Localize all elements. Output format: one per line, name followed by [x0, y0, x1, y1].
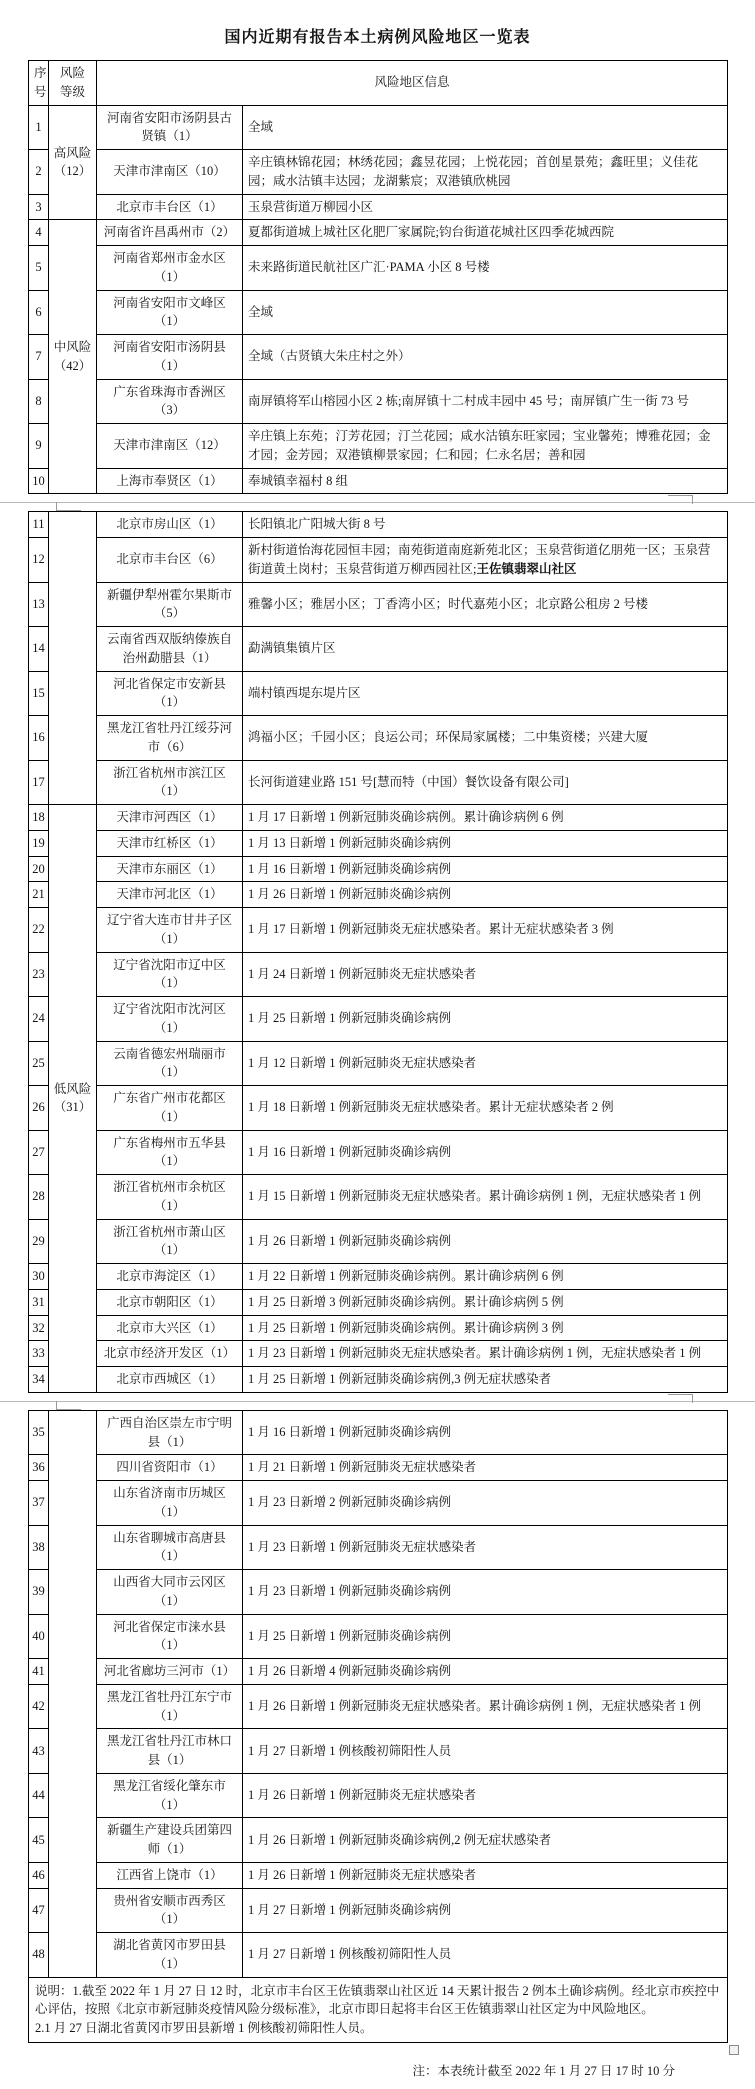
risk-table-root: 序号风险等级风险地区信息1高风险（12）河南省安阳市汤阴县古贤镇（1）全域2天津…: [28, 60, 727, 2043]
region-cell: 山西省大同市云冈区（1）: [97, 1570, 243, 1615]
row-number-cell: 38: [29, 1525, 49, 1570]
table-row: 41河北省廊坊三河市（1）1 月 26 日新增 4 例新冠肺炎确诊病例: [29, 1659, 728, 1685]
info-text: 全域（古贤镇大朱庄村之外）: [248, 349, 411, 363]
info-text: 南屏镇将军山榕园小区 2 栋;南屏镇十二村成丰园中 45 号；南屏镇广生一街 7…: [248, 394, 689, 408]
table-row: 45新疆生产建设兵团第四师（1）1 月 26 日新增 1 例新冠肺炎确诊病例,2…: [29, 1818, 728, 1863]
page-break: [0, 494, 755, 511]
info-cell: 1 月 26 日新增 1 例新冠肺炎无症状感染者: [243, 1773, 728, 1818]
region-cell: 北京市丰台区（1）: [97, 194, 243, 220]
info-cell: 1 月 26 日新增 4 例新冠肺炎确诊病例: [243, 1659, 728, 1685]
info-cell: 1 月 27 日新增 1 例核酸初筛阳性人员: [243, 1933, 728, 1978]
info-cell: 1 月 26 日新增 1 例新冠肺炎无症状感染者: [243, 1862, 728, 1888]
info-cell: 1 月 13 日新增 1 例新冠肺炎确诊病例: [243, 830, 728, 856]
info-cell: 长阳镇北广阳城大街 8 号: [243, 512, 728, 538]
region-cell: 河南省郑州市金水区（1）: [97, 246, 243, 291]
region-cell: 河南省安阳市文峰区（1）: [97, 290, 243, 335]
info-cell: 1 月 25 日新增 1 例新冠肺炎确诊病例,3 例无症状感染者: [243, 1367, 728, 1393]
info-cell: 长河街道建业路 151 号[慧而特（中国）餐饮设备有限公司]: [243, 760, 728, 805]
info-text: 1 月 25 日新增 3 例新冠肺炎确诊病例。累计确诊病例 5 例: [248, 1295, 564, 1309]
footnote-line: 2.1 月 27 日湖北省黄冈市罗田县新增 1 例核酸初筛阳性人员。: [35, 2019, 721, 2038]
row-number-cell: 2: [29, 150, 49, 195]
region-cell: 天津市津南区（10）: [97, 150, 243, 195]
region-cell: 河南省许昌禹州市（2）: [97, 220, 243, 246]
info-text: 1 月 24 日新增 1 例新冠肺炎无症状感染者: [248, 967, 476, 981]
info-text: 端村镇西堤东堤片区: [248, 686, 361, 700]
info-text: 1 月 25 日新增 1 例新冠肺炎确诊病例: [248, 1629, 451, 1643]
row-number-cell: 43: [29, 1729, 49, 1774]
risk-level-cell: 高风险（12）: [49, 105, 97, 220]
region-cell: 贵州省安顺市西秀区（1）: [97, 1888, 243, 1933]
info-cell: 未来路街道民航社区广汇·PAMA 小区 8 号楼: [243, 246, 728, 291]
info-text: 夏都街道城上城社区化肥厂家属院;钧台街道花城社区四季花城西院: [248, 225, 614, 239]
risk-level-label: 高风险: [50, 144, 95, 163]
region-cell: 新疆生产建设兵团第四师（1）: [97, 1818, 243, 1863]
row-number-cell: 42: [29, 1684, 49, 1729]
region-cell: 云南省德宏州瑞丽市（1）: [97, 1041, 243, 1086]
row-number-cell: 26: [29, 1086, 49, 1131]
table-row: 22辽宁省大连市甘井子区（1）1 月 17 日新增 1 例新冠肺炎无症状感染者。…: [29, 908, 728, 953]
risk-table-segment: 11北京市房山区（1）长阳镇北广阳城大街 8 号12北京市丰台区（6）新村街道怡…: [28, 511, 728, 1393]
info-cell: 1 月 25 日新增 1 例新冠肺炎确诊病例: [243, 1614, 728, 1659]
info-text: 1 月 27 日新增 1 例核酸初筛阳性人员: [248, 1947, 451, 1961]
row-number-cell: 48: [29, 1933, 49, 1978]
row-number-cell: 8: [29, 379, 49, 424]
row-number-cell: 22: [29, 908, 49, 953]
region-cell: 天津市津南区（12）: [97, 424, 243, 469]
table-row: 3北京市丰台区（1）玉泉营街道万柳园小区: [29, 194, 728, 220]
row-number-cell: 35: [29, 1410, 49, 1455]
info-text: 1 月 25 日新增 1 例新冠肺炎确诊病例: [248, 1011, 451, 1025]
region-cell: 河北省保定市涞水县（1）: [97, 1614, 243, 1659]
info-text: 辛庄镇上东苑；汀芳花园；汀兰花园；咸水沽镇东旺家园；宝业馨苑；博雅花园；金才园；…: [248, 429, 711, 462]
row-number-cell: 32: [29, 1315, 49, 1341]
info-cell: 夏都街道城上城社区化肥厂家属院;钧台街道花城社区四季花城西院: [243, 220, 728, 246]
info-cell: 雅馨小区；雅居小区；丁香湾小区；时代嘉苑小区；北京路公租房 2 号楼: [243, 582, 728, 627]
risk-level-cell: 中风险（42）: [49, 220, 97, 494]
table-row: 6河南省安阳市文峰区（1）全域: [29, 290, 728, 335]
region-cell: 云南省西双版纳傣族自治州勐腊县（1）: [97, 627, 243, 672]
row-number-cell: 3: [29, 194, 49, 220]
row-number-cell: 7: [29, 335, 49, 380]
region-cell: 广西自治区崇左市宁明县（1）: [97, 1410, 243, 1455]
table-row: 46江西省上饶市（1）1 月 26 日新增 1 例新冠肺炎无症状感染者: [29, 1862, 728, 1888]
row-number-cell: 6: [29, 290, 49, 335]
info-cell: 1 月 26 日新增 1 例新冠肺炎确诊病例,2 例无症状感染者: [243, 1818, 728, 1863]
info-text: 1 月 26 日新增 1 例新冠肺炎无症状感染者: [248, 1868, 476, 1882]
risk-level-label: 低风险: [50, 1080, 95, 1099]
info-text: 全域: [248, 305, 273, 319]
row-number-cell: 12: [29, 538, 49, 583]
info-cell: 1 月 27 日新增 1 例核酸初筛阳性人员: [243, 1729, 728, 1774]
row-number-cell: 23: [29, 952, 49, 997]
info-cell: 端村镇西堤东堤片区: [243, 671, 728, 716]
info-text: 1 月 26 日新增 1 例新冠肺炎无症状感染者: [248, 1788, 476, 1802]
risk-table-segment: 35广西自治区崇左市宁明县（1）1 月 16 日新增 1 例新冠肺炎确诊病例36…: [28, 1410, 728, 2043]
row-number-cell: 28: [29, 1175, 49, 1220]
info-text: 1 月 26 日新增 1 例新冠肺炎确诊病例,2 例无症状感染者: [248, 1833, 551, 1847]
row-number-cell: 25: [29, 1041, 49, 1086]
info-text: 1 月 27 日新增 1 例核酸初筛阳性人员: [248, 1744, 451, 1758]
region-cell: 新疆伊犁州霍尔果斯市（5）: [97, 582, 243, 627]
region-cell: 黑龙江省牡丹江绥芬河市（6）: [97, 716, 243, 761]
info-text: 1 月 16 日新增 1 例新冠肺炎确诊病例: [248, 1145, 451, 1159]
info-text: 1 月 27 日新增 1 例新冠肺炎确诊病例: [248, 1903, 451, 1917]
info-text: 1 月 25 日新增 1 例新冠肺炎确诊病例。累计确诊病例 3 例: [248, 1321, 564, 1335]
table-row: 11北京市房山区（1）长阳镇北广阳城大街 8 号: [29, 512, 728, 538]
region-cell: 河北省保定市安新县（1）: [97, 671, 243, 716]
row-number-cell: 34: [29, 1367, 49, 1393]
row-number-cell: 29: [29, 1219, 49, 1264]
info-text: 1 月 26 日新增 1 例新冠肺炎确诊病例: [248, 887, 451, 901]
table-row: 34北京市西城区（1）1 月 25 日新增 1 例新冠肺炎确诊病例,3 例无症状…: [29, 1367, 728, 1393]
risk-level-cell: [49, 512, 97, 805]
table-row: 47贵州省安顺市西秀区（1）1 月 27 日新增 1 例新冠肺炎确诊病例: [29, 1888, 728, 1933]
info-cell: 1 月 12 日新增 1 例新冠肺炎无症状感染者: [243, 1041, 728, 1086]
region-cell: 天津市红桥区（1）: [97, 830, 243, 856]
region-cell: 山东省济南市历城区（1）: [97, 1481, 243, 1526]
table-row: 10上海市奉贤区（1）奉城镇幸福村 8 组: [29, 468, 728, 494]
region-cell: 河南省安阳市汤阴县古贤镇（1）: [97, 105, 243, 150]
row-number-cell: 16: [29, 716, 49, 761]
table-row: 38山东省聊城市高唐县（1）1 月 23 日新增 1 例新冠肺炎无症状感染者: [29, 1525, 728, 1570]
info-text: 1 月 22 日新增 1 例新冠肺炎确诊病例。累计确诊病例 6 例: [248, 1269, 564, 1283]
risk-level-cell: 低风险（31）: [49, 805, 97, 1393]
risk-level-label: 中风险: [50, 338, 95, 357]
info-text: 1 月 16 日新增 1 例新冠肺炎确诊病例: [248, 1425, 451, 1439]
table-row: 27广东省梅州市五华县（1）1 月 16 日新增 1 例新冠肺炎确诊病例: [29, 1130, 728, 1175]
info-text: 1 月 23 日新增 1 例新冠肺炎无症状感染者: [248, 1540, 476, 1554]
row-number-cell: 13: [29, 582, 49, 627]
info-cell: 1 月 17 日新增 1 例新冠肺炎确诊病例。累计确诊病例 6 例: [243, 805, 728, 831]
table-row: 42黑龙江省牡丹江东宁市（1）1 月 26 日新增 1 例新冠肺炎无症状感染者。…: [29, 1684, 728, 1729]
info-cell: 1 月 23 日新增 1 例新冠肺炎无症状感染者。累计确诊病例 1 例，无症状感…: [243, 1341, 728, 1367]
risk-level-cell: [49, 1410, 97, 1977]
info-cell: 1 月 16 日新增 1 例新冠肺炎确诊病例: [243, 856, 728, 882]
page-break-corner-mark: [668, 1394, 693, 1403]
info-text: 鸿福小区；千园小区；良运公司；环保局家属楼；二中集资楼；兴建大厦: [248, 730, 648, 744]
table-row: 20天津市东丽区（1）1 月 16 日新增 1 例新冠肺炎确诊病例: [29, 856, 728, 882]
info-text: 1 月 26 日新增 1 例新冠肺炎无症状感染者。累计确诊病例 1 例，无症状感…: [248, 1699, 701, 1713]
page-break-line: [0, 502, 755, 503]
info-text: 1 月 21 日新增 1 例新冠肺炎无症状感染者: [248, 1460, 476, 1474]
table-row: 32北京市大兴区（1）1 月 25 日新增 1 例新冠肺炎确诊病例。累计确诊病例…: [29, 1315, 728, 1341]
info-cell: 1 月 18 日新增 1 例新冠肺炎无症状感染者。累计无症状感染者 2 例: [243, 1086, 728, 1131]
table-row: 43黑龙江省牡丹江市林口县（1）1 月 27 日新增 1 例核酸初筛阳性人员: [29, 1729, 728, 1774]
region-cell: 天津市河西区（1）: [97, 805, 243, 831]
info-cell: 1 月 17 日新增 1 例新冠肺炎无症状感染者。累计无症状感染者 3 例: [243, 908, 728, 953]
info-text: 1 月 23 日新增 1 例新冠肺炎无症状感染者。累计确诊病例 1 例，无症状感…: [248, 1346, 701, 1360]
row-number-cell: 19: [29, 830, 49, 856]
info-cell: 奉城镇幸福村 8 组: [243, 468, 728, 494]
table-row: 40河北省保定市涞水县（1）1 月 25 日新增 1 例新冠肺炎确诊病例: [29, 1614, 728, 1659]
info-text: 辛庄镇林锦花园；林绣花园；鑫昱花园；上悦花园；首创星景苑；鑫旺里；义佳花园；咸水…: [248, 155, 698, 188]
row-number-cell: 41: [29, 1659, 49, 1685]
row-number-cell: 27: [29, 1130, 49, 1175]
footnote-cell: 说明：1.截至 2022 年 1 月 27 日 12 时，北京市丰台区王佐镇翡翠…: [29, 1977, 728, 2042]
risk-level-count: （12）: [50, 162, 95, 181]
info-cell: 1 月 26 日新增 1 例新冠肺炎确诊病例: [243, 1219, 728, 1264]
info-cell: 辛庄镇上东苑；汀芳花园；汀兰花园；咸水沽镇东旺家园；宝业馨苑；博雅花园；金才园；…: [243, 424, 728, 469]
info-text: 勐满镇集镇片区: [248, 641, 336, 655]
col-serial-header: 序号: [29, 61, 49, 106]
page-break-corner-mark: [56, 1401, 81, 1410]
table-row: 28浙江省杭州市余杭区（1）1 月 15 日新增 1 例新冠肺炎无症状感染者。累…: [29, 1175, 728, 1220]
page-break-line: [0, 1401, 755, 1402]
table-row: 26广东省广州市花都区（1）1 月 18 日新增 1 例新冠肺炎无症状感染者。累…: [29, 1086, 728, 1131]
region-cell: 黑龙江省牡丹江东宁市（1）: [97, 1684, 243, 1729]
table-row: 25云南省德宏州瑞丽市（1）1 月 12 日新增 1 例新冠肺炎无症状感染者: [29, 1041, 728, 1086]
footnote-line: 说明：1.截至 2022 年 1 月 27 日 12 时，北京市丰台区王佐镇翡翠…: [35, 1982, 721, 2020]
row-number-cell: 11: [29, 512, 49, 538]
table-row: 19天津市红桥区（1）1 月 13 日新增 1 例新冠肺炎确诊病例: [29, 830, 728, 856]
table-row: 2天津市津南区（10）辛庄镇林锦花园；林绣花园；鑫昱花园；上悦花园；首创星景苑；…: [29, 150, 728, 195]
info-text: 1 月 18 日新增 1 例新冠肺炎无症状感染者。累计无症状感染者 2 例: [248, 1100, 614, 1114]
region-cell: 山东省聊城市高唐县（1）: [97, 1525, 243, 1570]
info-cell: 勐满镇集镇片区: [243, 627, 728, 672]
row-number-cell: 24: [29, 997, 49, 1042]
info-cell: 1 月 25 日新增 1 例新冠肺炎确诊病例: [243, 997, 728, 1042]
region-cell: 北京市经济开发区（1）: [97, 1341, 243, 1367]
region-cell: 江西省上饶市（1）: [97, 1862, 243, 1888]
region-cell: 河南省安阳市汤阴县（1）: [97, 335, 243, 380]
page-title: 国内近期有报告本土病例风险地区一览表: [28, 24, 727, 47]
info-cell: 1 月 23 日新增 1 例新冠肺炎确诊病例: [243, 1570, 728, 1615]
risk-table-segment: 序号风险等级风险地区信息1高风险（12）河南省安阳市汤阴县古贤镇（1）全域2天津…: [28, 60, 728, 494]
info-cell: 玉泉营街道万柳园小区: [243, 194, 728, 220]
table-row: 29浙江省杭州市萧山区（1）1 月 26 日新增 1 例新冠肺炎确诊病例: [29, 1219, 728, 1264]
table-row: 48湖北省黄冈市罗田县（1）1 月 27 日新增 1 例核酸初筛阳性人员: [29, 1933, 728, 1978]
region-cell: 广东省梅州市五华县（1）: [97, 1130, 243, 1175]
info-text: 1 月 12 日新增 1 例新冠肺炎无症状感染者: [248, 1056, 476, 1070]
info-cell: 全域: [243, 105, 728, 150]
row-number-cell: 44: [29, 1773, 49, 1818]
region-cell: 四川省资阳市（1）: [97, 1455, 243, 1481]
info-cell: 1 月 22 日新增 1 例新冠肺炎确诊病例。累计确诊病例 6 例: [243, 1264, 728, 1290]
table-row: 37山东省济南市历城区（1）1 月 23 日新增 2 例新冠肺炎确诊病例: [29, 1481, 728, 1526]
region-cell: 辽宁省沈阳市辽中区（1）: [97, 952, 243, 997]
row-number-cell: 36: [29, 1455, 49, 1481]
info-cell: 1 月 27 日新增 1 例新冠肺炎确诊病例: [243, 1888, 728, 1933]
info-text: 1 月 26 日新增 4 例新冠肺炎确诊病例: [248, 1664, 451, 1678]
page-break: [0, 1393, 755, 1410]
table-row: 44黑龙江省绥化肇东市（1）1 月 26 日新增 1 例新冠肺炎无症状感染者: [29, 1773, 728, 1818]
info-text: 雅馨小区；雅居小区；丁香湾小区；时代嘉苑小区；北京路公租房 2 号楼: [248, 597, 648, 611]
row-number-cell: 18: [29, 805, 49, 831]
info-cell: 全域（古贤镇大朱庄村之外）: [243, 335, 728, 380]
region-cell: 河北省廊坊三河市（1）: [97, 1659, 243, 1685]
row-number-cell: 31: [29, 1289, 49, 1315]
row-number-cell: 46: [29, 1862, 49, 1888]
row-number-cell: 5: [29, 246, 49, 291]
table-row: 8广东省珠海市香洲区（3）南屏镇将军山榕园小区 2 栋;南屏镇十二村成丰园中 4…: [29, 379, 728, 424]
info-text: 1 月 16 日新增 1 例新冠肺炎确诊病例: [248, 862, 451, 876]
info-cell: 新村街道怡海花园恒丰园；南苑街道南庭新苑北区；玉泉营街道亿朋苑一区；玉泉营街道黄…: [243, 538, 728, 583]
row-number-cell: 40: [29, 1614, 49, 1659]
table-row: 21天津市河北区（1）1 月 26 日新增 1 例新冠肺炎确诊病例: [29, 882, 728, 908]
table-row: 33北京市经济开发区（1）1 月 23 日新增 1 例新冠肺炎无症状感染者。累计…: [29, 1341, 728, 1367]
page-break-corner-mark: [56, 502, 81, 511]
region-cell: 浙江省杭州市滨江区（1）: [97, 760, 243, 805]
table-row: 18低风险（31）天津市河西区（1）1 月 17 日新增 1 例新冠肺炎确诊病例…: [29, 805, 728, 831]
row-number-cell: 47: [29, 1888, 49, 1933]
info-text: 1 月 15 日新增 1 例新冠肺炎无症状感染者。累计确诊病例 1 例，无症状感…: [248, 1189, 701, 1203]
row-number-cell: 39: [29, 1570, 49, 1615]
info-cell: 1 月 21 日新增 1 例新冠肺炎无症状感染者: [243, 1455, 728, 1481]
risk-area-document: 国内近期有报告本土病例风险地区一览表 序号风险等级风险地区信息1高风险（12）河…: [0, 0, 755, 2089]
info-cell: 1 月 26 日新增 1 例新冠肺炎确诊病例: [243, 882, 728, 908]
table-row: 16黑龙江省牡丹江绥芬河市（6）鸿福小区；千园小区；良运公司；环保局家属楼；二中…: [29, 716, 728, 761]
col-level-header: 风险等级: [49, 61, 97, 106]
info-cell: 1 月 26 日新增 1 例新冠肺炎无症状感染者。累计确诊病例 1 例，无症状感…: [243, 1684, 728, 1729]
table-row: 5河南省郑州市金水区（1）未来路街道民航社区广汇·PAMA 小区 8 号楼: [29, 246, 728, 291]
info-text: 1 月 26 日新增 1 例新冠肺炎确诊病例: [248, 1234, 451, 1248]
info-cell: 南屏镇将军山榕园小区 2 栋;南屏镇十二村成丰园中 45 号；南屏镇广生一街 7…: [243, 379, 728, 424]
row-number-cell: 14: [29, 627, 49, 672]
table-row: 1高风险（12）河南省安阳市汤阴县古贤镇（1）全域: [29, 105, 728, 150]
row-number-cell: 30: [29, 1264, 49, 1290]
table-row: 15河北省保定市安新县（1）端村镇西堤东堤片区: [29, 671, 728, 716]
info-text: 长阳镇北广阳城大街 8 号: [248, 517, 386, 531]
row-number-cell: 9: [29, 424, 49, 469]
risk-level-count: （31）: [50, 1098, 95, 1117]
info-cell: 1 月 16 日新增 1 例新冠肺炎确诊病例: [243, 1130, 728, 1175]
info-cell: 全域: [243, 290, 728, 335]
region-cell: 黑龙江省绥化肇东市（1）: [97, 1773, 243, 1818]
row-number-cell: 45: [29, 1818, 49, 1863]
info-text: 1 月 17 日新增 1 例新冠肺炎确诊病例。累计确诊病例 6 例: [248, 810, 564, 824]
region-cell: 天津市河北区（1）: [97, 882, 243, 908]
region-cell: 天津市东丽区（1）: [97, 856, 243, 882]
info-text: 1 月 23 日新增 1 例新冠肺炎确诊病例: [248, 1584, 451, 1598]
table-row: 23辽宁省沈阳市辽中区（1）1 月 24 日新增 1 例新冠肺炎无症状感染者: [29, 952, 728, 997]
row-number-cell: 20: [29, 856, 49, 882]
region-cell: 辽宁省大连市甘井子区（1）: [97, 908, 243, 953]
row-number-cell: 37: [29, 1481, 49, 1526]
info-text: 1 月 23 日新增 2 例新冠肺炎确诊病例: [248, 1495, 451, 1509]
region-cell: 辽宁省沈阳市沈河区（1）: [97, 997, 243, 1042]
row-number-cell: 4: [29, 220, 49, 246]
info-text: 长河街道建业路 151 号[慧而特（中国）餐饮设备有限公司]: [248, 775, 569, 789]
info-text: 奉城镇幸福村 8 组: [248, 474, 348, 488]
info-cell: 1 月 24 日新增 1 例新冠肺炎无症状感染者: [243, 952, 728, 997]
row-number-cell: 1: [29, 105, 49, 150]
table-row: 4中风险（42）河南省许昌禹州市（2）夏都街道城上城社区化肥厂家属院;钧台街道花…: [29, 220, 728, 246]
table-row: 24辽宁省沈阳市沈河区（1）1 月 25 日新增 1 例新冠肺炎确诊病例: [29, 997, 728, 1042]
region-cell: 浙江省杭州市余杭区（1）: [97, 1175, 243, 1220]
col-info-header: 风险地区信息: [97, 61, 728, 106]
table-row: 9天津市津南区（12）辛庄镇上东苑；汀芳花园；汀兰花园；咸水沽镇东旺家园；宝业馨…: [29, 424, 728, 469]
row-number-cell: 15: [29, 671, 49, 716]
region-cell: 北京市丰台区（6）: [97, 538, 243, 583]
table-row: 31北京市朝阳区（1）1 月 25 日新增 3 例新冠肺炎确诊病例。累计确诊病例…: [29, 1289, 728, 1315]
table-row: 12北京市丰台区（6）新村街道怡海花园恒丰园；南苑街道南庭新苑北区；玉泉营街道亿…: [29, 538, 728, 583]
info-cell: 1 月 23 日新增 2 例新冠肺炎确诊病例: [243, 1481, 728, 1526]
risk-level-count: （42）: [50, 357, 95, 376]
row-number-cell: 10: [29, 468, 49, 494]
info-cell: 鸿福小区；千园小区；良运公司；环保局家属楼；二中集资楼；兴建大厦: [243, 716, 728, 761]
table-row: 35广西自治区崇左市宁明县（1）1 月 16 日新增 1 例新冠肺炎确诊病例: [29, 1410, 728, 1455]
info-cell: 1 月 23 日新增 1 例新冠肺炎无症状感染者: [243, 1525, 728, 1570]
region-cell: 北京市朝阳区（1）: [97, 1289, 243, 1315]
region-cell: 广东省广州市花都区（1）: [97, 1086, 243, 1131]
header-row: 序号风险等级风险地区信息: [29, 61, 728, 106]
region-cell: 广东省珠海市香洲区（3）: [97, 379, 243, 424]
info-text: 未来路街道民航社区广汇·PAMA 小区 8 号楼: [248, 260, 490, 274]
region-cell: 北京市房山区（1）: [97, 512, 243, 538]
info-text: 玉泉营街道万柳园小区: [248, 200, 373, 214]
table-row: 17浙江省杭州市滨江区（1）长河街道建业路 151 号[慧而特（中国）餐饮设备有…: [29, 760, 728, 805]
info-text: 1 月 17 日新增 1 例新冠肺炎无症状感染者。累计无症状感染者 3 例: [248, 922, 614, 936]
row-number-cell: 33: [29, 1341, 49, 1367]
region-cell: 北京市大兴区（1）: [97, 1315, 243, 1341]
stats-deadline-note: 注：本表统计截至 2022 年 1 月 27 日 17 时 10 分: [28, 2061, 727, 2079]
table-row: 39山西省大同市云冈区（1）1 月 23 日新增 1 例新冠肺炎确诊病例: [29, 1570, 728, 1615]
info-text: 全域: [248, 120, 273, 134]
region-cell: 黑龙江省牡丹江市林口县（1）: [97, 1729, 243, 1774]
info-cell: 1 月 15 日新增 1 例新冠肺炎无症状感染者。累计确诊病例 1 例，无症状感…: [243, 1175, 728, 1220]
info-text: 1 月 25 日新增 1 例新冠肺炎确诊病例,3 例无症状感染者: [248, 1372, 551, 1386]
table-row: 13新疆伊犁州霍尔果斯市（5）雅馨小区；雅居小区；丁香湾小区；时代嘉苑小区；北京…: [29, 582, 728, 627]
info-text-bold: 王佐镇翡翠山社区: [476, 562, 576, 576]
row-number-cell: 21: [29, 882, 49, 908]
info-cell: 1 月 25 日新增 3 例新冠肺炎确诊病例。累计确诊病例 5 例: [243, 1289, 728, 1315]
page-break-corner-mark: [668, 495, 693, 504]
footnote-row: 说明：1.截至 2022 年 1 月 27 日 12 时，北京市丰台区王佐镇翡翠…: [29, 1977, 728, 2042]
info-text: 1 月 13 日新增 1 例新冠肺炎确诊病例: [248, 836, 451, 850]
region-cell: 上海市奉贤区（1）: [97, 468, 243, 494]
info-cell: 1 月 25 日新增 1 例新冠肺炎确诊病例。累计确诊病例 3 例: [243, 1315, 728, 1341]
table-row: 36四川省资阳市（1）1 月 21 日新增 1 例新冠肺炎无症状感染者: [29, 1455, 728, 1481]
info-cell: 1 月 16 日新增 1 例新冠肺炎确诊病例: [243, 1410, 728, 1455]
table-row: 14云南省西双版纳傣族自治州勐腊县（1）勐满镇集镇片区: [29, 627, 728, 672]
region-cell: 北京市海淀区（1）: [97, 1264, 243, 1290]
region-cell: 浙江省杭州市萧山区（1）: [97, 1219, 243, 1264]
row-number-cell: 17: [29, 760, 49, 805]
anchor-mark: [729, 2045, 739, 2055]
region-cell: 湖北省黄冈市罗田县（1）: [97, 1933, 243, 1978]
table-row: 7河南省安阳市汤阴县（1）全域（古贤镇大朱庄村之外）: [29, 335, 728, 380]
table-row: 30北京市海淀区（1）1 月 22 日新增 1 例新冠肺炎确诊病例。累计确诊病例…: [29, 1264, 728, 1290]
region-cell: 北京市西城区（1）: [97, 1367, 243, 1393]
info-cell: 辛庄镇林锦花园；林绣花园；鑫昱花园；上悦花园；首创星景苑；鑫旺里；义佳花园；咸水…: [243, 150, 728, 195]
